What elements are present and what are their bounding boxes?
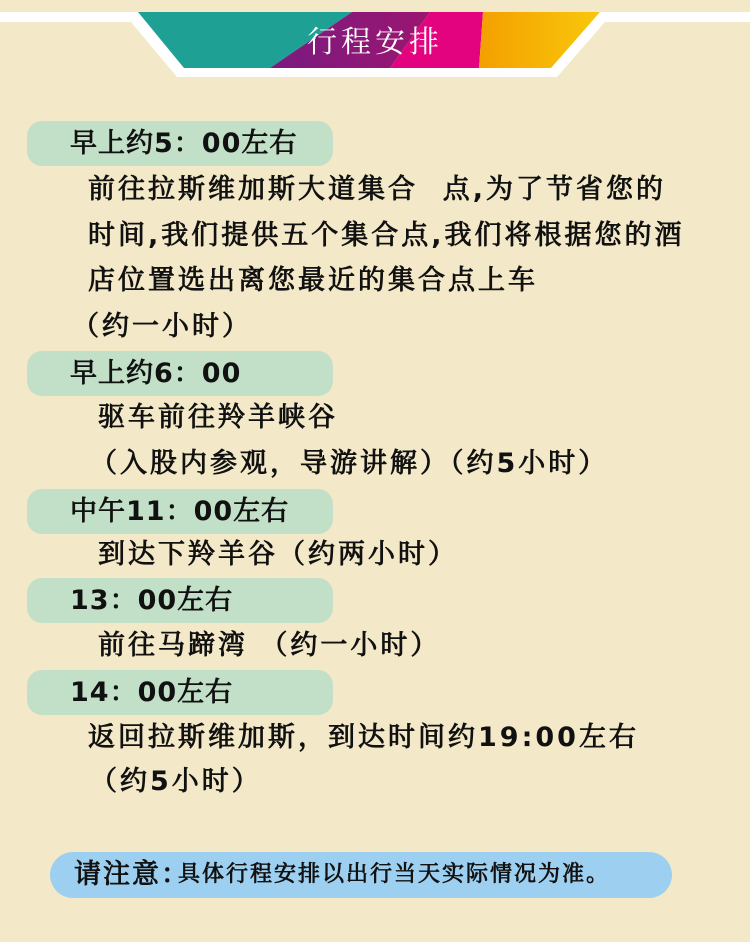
notice-text: 具体行程安排以出行当天实际情况为准。 [178, 852, 610, 898]
notice-banner: 请注意： 具体行程安排以出行当天实际情况为准。 [50, 852, 672, 898]
time-label: 中午11：00左右 [70, 489, 289, 534]
schedule-description-line: （入股内参观，导游讲解）（约5小时） [90, 444, 608, 484]
header-banner: 行程安排 [0, 0, 750, 90]
time-pill: 早上约5：00左右 [27, 121, 333, 166]
time-label: 早上约6：00 [70, 351, 241, 396]
time-label: 13：00左右 [70, 578, 233, 623]
schedule-duration: （约5小时） [90, 762, 262, 802]
schedule-description-line: 驱车前往羚羊峡谷 [98, 398, 338, 438]
notice-label: 请注意： [74, 852, 190, 898]
schedule-duration: （约一小时） [72, 307, 252, 347]
schedule-description-line: 时间,我们提供五个集合点,我们将根据您的酒 [88, 216, 685, 256]
time-label: 早上约5：00左右 [70, 121, 297, 166]
schedule-description-line: 返回拉斯维加斯，到达时间约19:00左右 [88, 718, 639, 758]
schedule-description-line: 前往马蹄湾 （约一小时） [98, 626, 440, 666]
schedule-description-line: 到达下羚羊谷（约两小时） [98, 535, 458, 575]
time-pill: 13：00左右 [27, 578, 333, 623]
time-pill: 中午11：00左右 [27, 489, 333, 534]
page-title: 行程安排 [0, 24, 750, 62]
schedule-description-line: 前往拉斯维加斯大道集合 点,为了节省您的 [88, 170, 666, 210]
schedule-description-line: 店位置选出离您最近的集合点上车 [88, 261, 538, 301]
time-label: 14：00左右 [70, 670, 233, 715]
time-pill: 早上约6：00 [27, 351, 333, 396]
time-pill: 14：00左右 [27, 670, 333, 715]
